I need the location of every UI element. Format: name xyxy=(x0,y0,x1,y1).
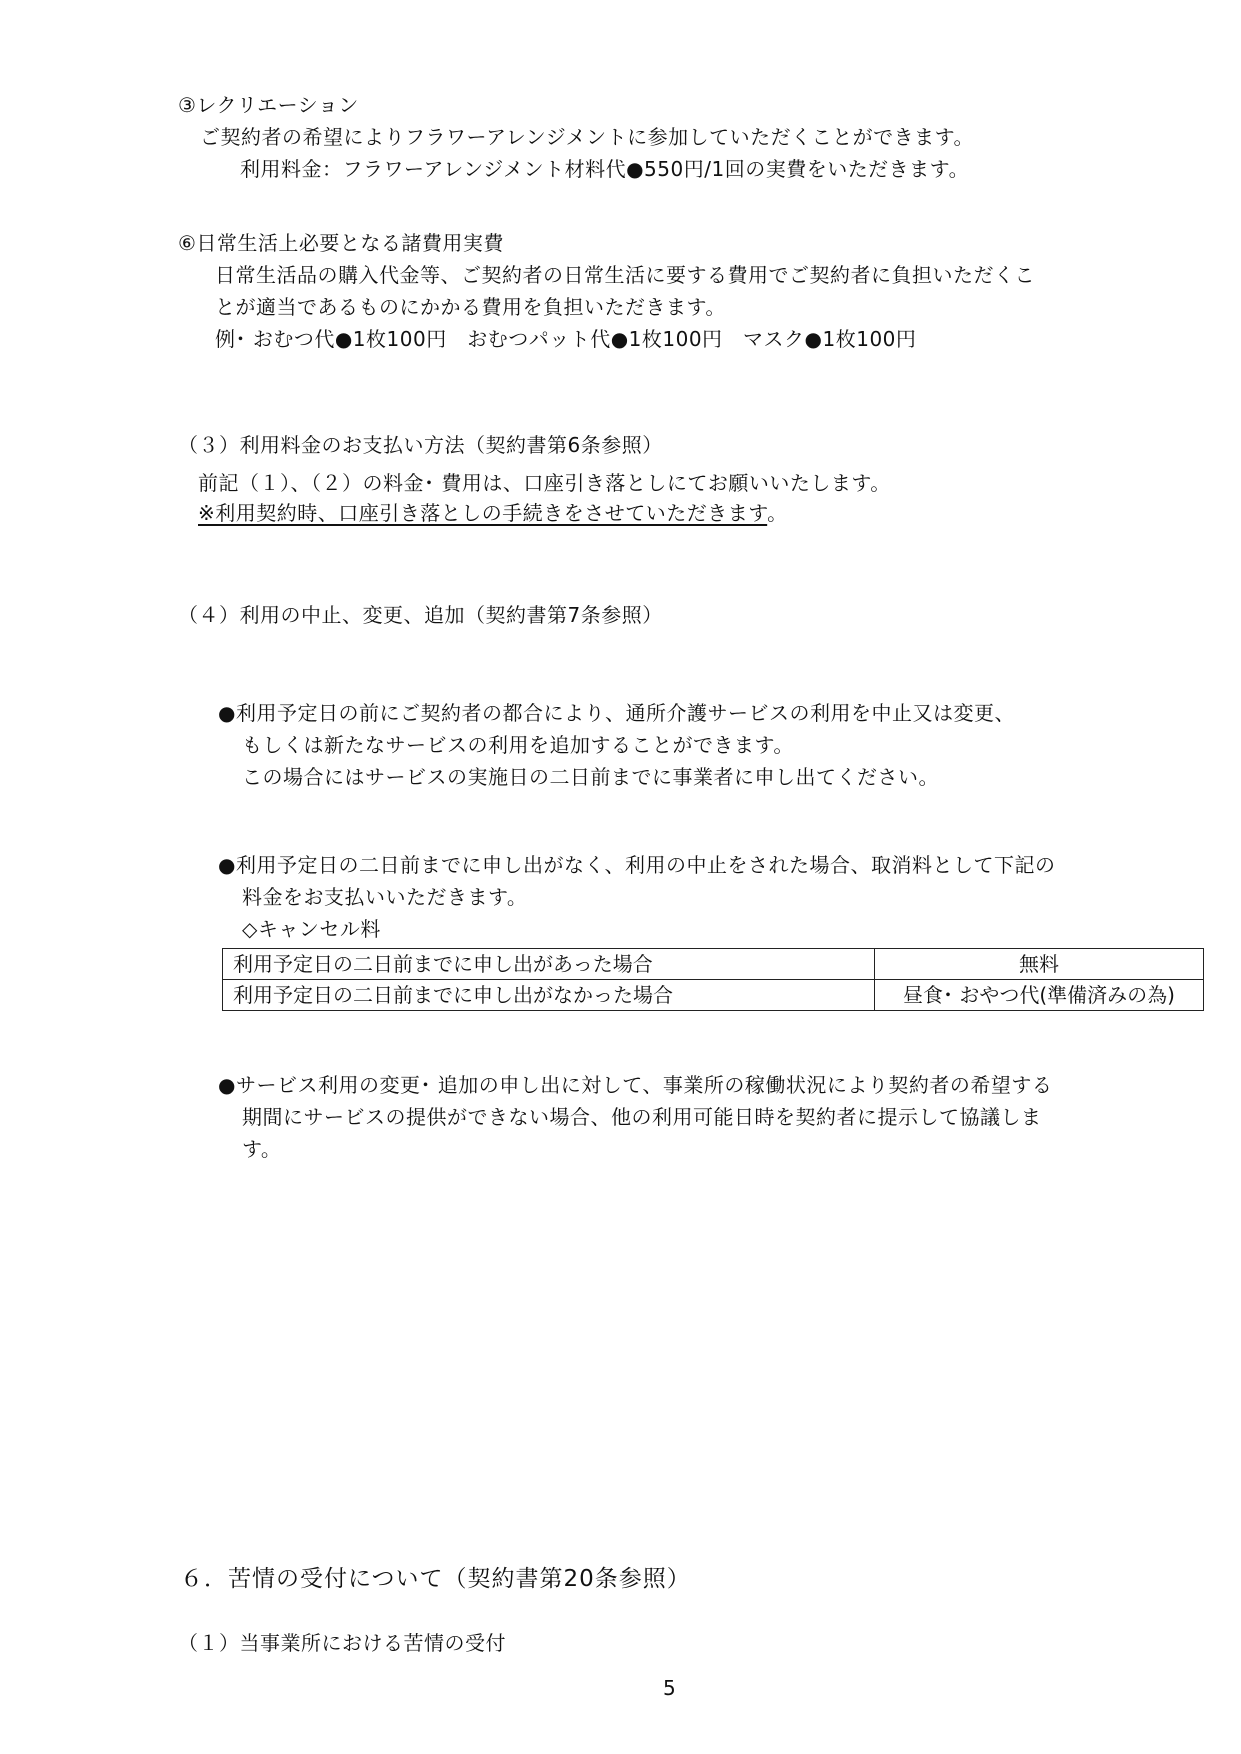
table-cell-condition: 利用予定日の二日前までに申し出があった場合 xyxy=(223,949,875,980)
cancellation-heading: （４）利用の中止、変更、追加（契約書第7条参照） xyxy=(178,602,663,628)
bullet-2-line-2: 料金をお支払いいただきます。 xyxy=(242,884,527,910)
daily-expenses-heading: ⑥日常生活上必要となる諸費用実費 xyxy=(178,230,504,256)
bullet-3-line-3: す。 xyxy=(242,1136,281,1162)
cancellation-fee-label: ◇キャンセル料 xyxy=(242,916,381,942)
bullet-1-line-1: ●利用予定日の前にご契約者の都合により、通所介護サービスの利用を中止又は変更、 xyxy=(218,700,1015,726)
bullet-3-line-2: 期間にサービスの提供ができない場合、他の利用可能日時を契約者に提示して協議しま xyxy=(242,1104,1042,1130)
daily-expenses-examples: 例･ おむつ代●1枚100円 おむつパット代●1枚100円 マスク●1枚100円 xyxy=(215,326,916,352)
recreation-fee: 利用料金：フラワーアレンジメント材料代●550円/1回の実費をいただきます。 xyxy=(240,156,969,182)
payment-method: 前記（１）、（２）の料金･ 費用は、口座引き落としにてお願いいたします。 xyxy=(198,470,891,496)
table-cell-fee: 昼食･ おやつ代(準備済みの為) xyxy=(875,980,1204,1011)
daily-expenses-line-2: とが適当であるものにかかる費用を負担いただきます。 xyxy=(215,294,726,320)
recreation-description: ご契約者の希望によりフラワーアレンジメントに参加していただくことができます。 xyxy=(200,124,974,150)
complaints-heading: ６．苦情の受付について（契約書第20条参照） xyxy=(180,1566,691,1592)
payment-heading: （３）利用料金のお支払い方法（契約書第6条参照） xyxy=(178,432,663,458)
cancellation-fee-table: 利用予定日の二日前までに申し出があった場合 無料 利用予定日の二日前までに申し出… xyxy=(222,948,1204,1011)
payment-note: ※利用契約時、口座引き落としの手続きをさせていただきます。 xyxy=(198,500,788,526)
bullet-3-line-1: ●サービス利用の変更･ 追加の申し出に対して、事業所の稼働状況により契約者の希望… xyxy=(218,1072,1052,1098)
bullet-1-line-2: もしくは新たなサービスの利用を追加することができます。 xyxy=(242,732,794,758)
recreation-heading: ③レクリエーション xyxy=(178,92,359,118)
payment-note-suffix: 。 xyxy=(767,501,788,525)
table-cell-fee: 無料 xyxy=(875,949,1204,980)
payment-note-text: ※利用契約時、口座引き落としの手続きをさせていただきます xyxy=(198,501,767,525)
table-row: 利用予定日の二日前までに申し出があった場合 無料 xyxy=(223,949,1204,980)
bullet-1-line-3: この場合にはサービスの実施日の二日前までに事業者に申し出てください。 xyxy=(242,764,939,790)
table-cell-condition: 利用予定日の二日前までに申し出がなかった場合 xyxy=(223,980,875,1011)
daily-expenses-line-1: 日常生活品の購入代金等、ご契約者の日常生活に要する費用でご契約者に負担いただくこ xyxy=(215,262,1035,288)
bullet-2-line-1: ●利用予定日の二日前までに申し出がなく、利用の中止をされた場合、取消料として下記… xyxy=(218,852,1056,878)
table-row: 利用予定日の二日前までに申し出がなかった場合 昼食･ おやつ代(準備済みの為) xyxy=(223,980,1204,1011)
complaints-subheading: （１）当事業所における苦情の受付 xyxy=(178,1630,506,1656)
page-number: 5 xyxy=(663,1676,676,1700)
